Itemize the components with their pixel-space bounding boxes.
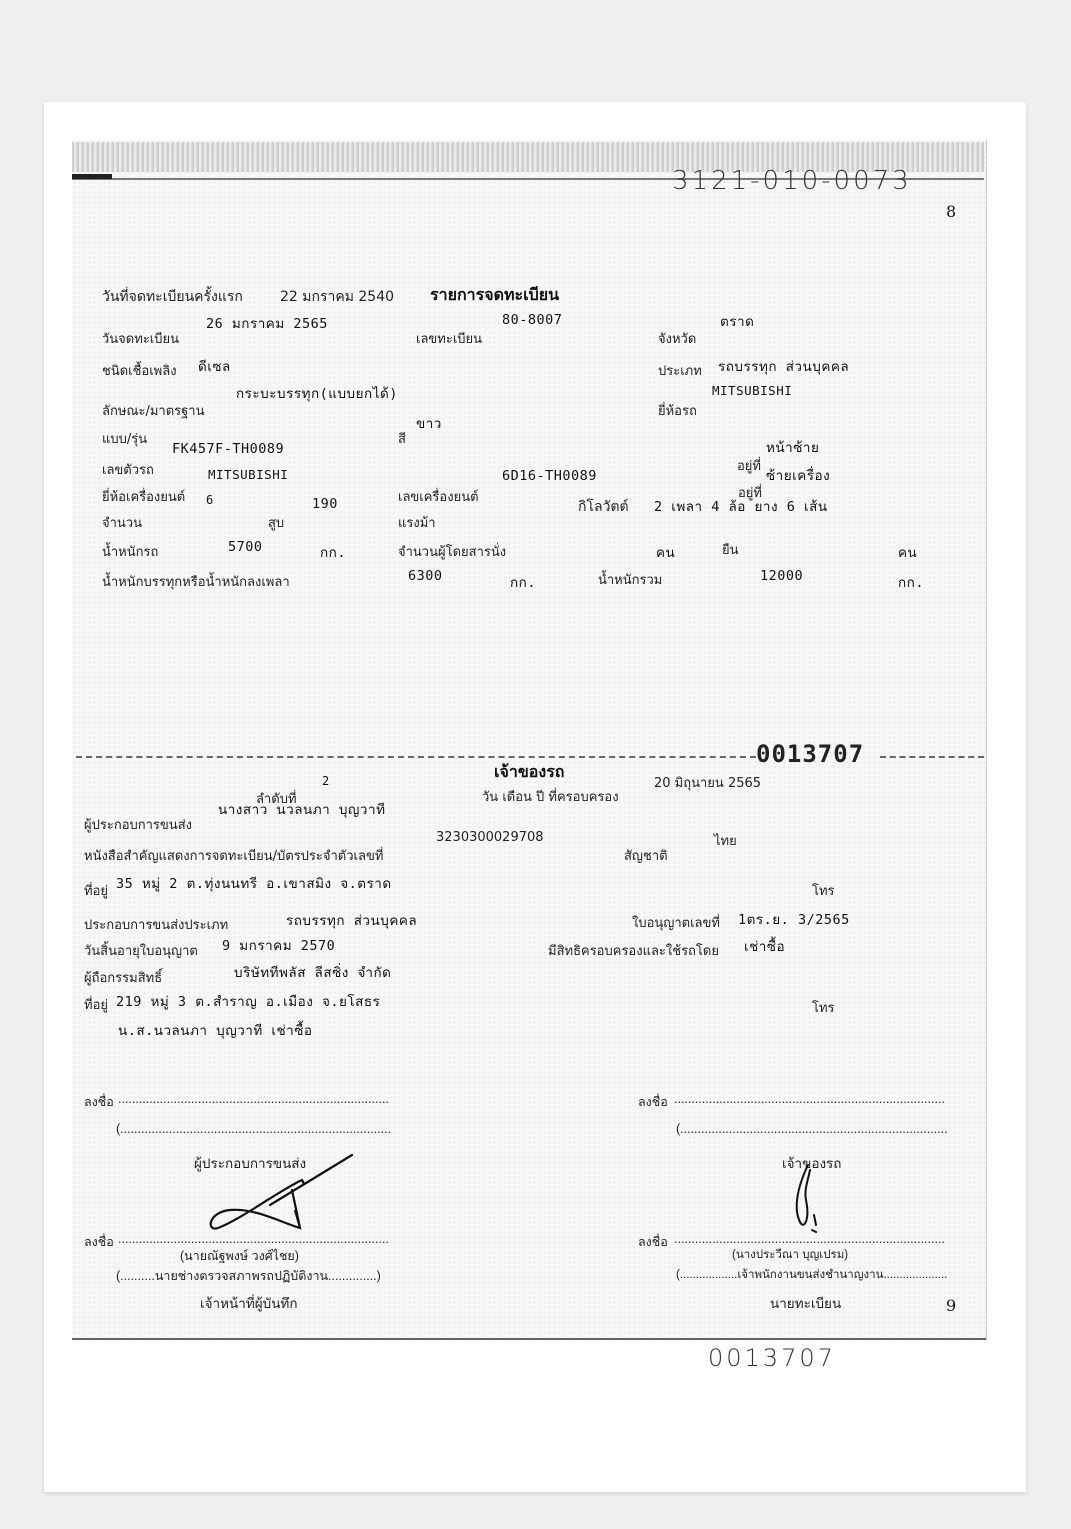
cylinders-value: 6 bbox=[206, 493, 214, 507]
brand-value: MITSUBISHI bbox=[712, 383, 792, 398]
engine-location-value: ซ้ายเครื่อง bbox=[766, 464, 830, 486]
business-type-value: รถบรรทุก ส่วนบุคคล bbox=[286, 909, 417, 931]
officer-signature bbox=[200, 1150, 360, 1240]
standing-label: ยืน bbox=[722, 539, 739, 560]
seated-passengers-label: จำนวนผู้โดยสารนั่ง bbox=[398, 541, 506, 562]
type-value: รถบรรทุก ส่วนบุคคล bbox=[718, 355, 849, 377]
gross-weight-value: 12000 bbox=[760, 568, 803, 584]
stamp-number: 0013707 bbox=[756, 740, 864, 768]
load-label: น้ำหนักบรรทุกหรือน้ำหนักลงเพลา bbox=[102, 571, 290, 592]
section-title-owner: เจ้าของรถ bbox=[494, 760, 564, 785]
first-registration-label: วันที่จดทะเบียนครั้งแรก bbox=[102, 286, 243, 308]
color-value: ขาว bbox=[416, 412, 442, 434]
weight-label: น้ำหนักรถ bbox=[102, 541, 158, 562]
bottom-rule bbox=[72, 1338, 986, 1340]
registrar-position: (..................เจ้าพนักงานขนส่งชำนาญ… bbox=[676, 1266, 948, 1284]
chassis-location-label: อยู่ที่ bbox=[737, 455, 761, 476]
page-number-top: 8 bbox=[946, 202, 956, 221]
operator-name: นางสาว นวลนภา บุญวาที bbox=[218, 798, 385, 820]
ownership-holder-value: บริษัททีพลัส ลีสซิ่ง จำกัด bbox=[234, 961, 391, 983]
officer-role: เจ้าหน้าที่ผู้บันทึก bbox=[200, 1292, 298, 1314]
address-label: ที่อยู่ bbox=[84, 880, 108, 901]
sign-line-owner: ........................................… bbox=[674, 1092, 946, 1106]
section-title-registration: รายการจดทะเบียน bbox=[430, 283, 559, 308]
engine-brand-label: ยี่ห้อเครื่องยนต์ bbox=[102, 486, 185, 507]
right-of-use-label: มีสิทธิครอบครองและใช้รถโดย bbox=[548, 940, 719, 961]
possession-date-label: วัน เดือน ปี ที่ครอบครอง bbox=[482, 786, 619, 807]
sign-line-officer: ........................................… bbox=[118, 1232, 390, 1246]
sign-label-registrar: ลงชื่อ bbox=[638, 1232, 668, 1252]
sign-label-owner: ลงชื่อ bbox=[638, 1092, 668, 1112]
officer-name: (นายณัฐพงษ์ วงศ์ไชย) bbox=[180, 1246, 299, 1266]
business-type-label: ประกอบการขนส่งประเภท bbox=[84, 914, 228, 935]
holder-phone-label: โทร bbox=[812, 997, 835, 1018]
phone-label: โทร bbox=[812, 880, 835, 901]
engine-number-value: 6D16-TH0089 bbox=[502, 468, 597, 484]
name-line-operator: (.......................................… bbox=[116, 1122, 392, 1136]
possession-date-value: 20 มิถุนายน 2565 bbox=[654, 772, 761, 793]
license-value: 1ตร.ย. 3/2565 bbox=[738, 908, 850, 930]
province-value: ตราด bbox=[720, 310, 754, 332]
nationality-value: ไทย bbox=[714, 830, 737, 851]
expiry-label: วันสิ้นอายุใบอนุญาต bbox=[84, 940, 198, 961]
engine-number-label: เลขเครื่องยนต์ bbox=[398, 486, 479, 507]
id-label: หนังสือสำคัญแสดงการจดทะเบียน/บัตรประจำตั… bbox=[84, 845, 383, 866]
registrar-name: (นางประวีณา บุญเปรม) bbox=[732, 1246, 848, 1264]
sign-label-operator: ลงชื่อ bbox=[84, 1092, 114, 1112]
right-of-use-value: เช่าซื้อ bbox=[744, 935, 785, 957]
holder-address-value: 219 หมู่ 3 ต.สำราญ อ.เมือง จ.ยโสธร bbox=[116, 990, 380, 1012]
color-label: สี bbox=[398, 428, 406, 449]
officer-position: (..........นายช่างตรวจสภาพรถปฏิบัติงาน..… bbox=[116, 1266, 396, 1286]
style-value: กระบะบรรทุก(แบบยกได้) bbox=[236, 382, 398, 404]
horsepower-value: 190 bbox=[312, 496, 338, 512]
count-label: จำนวน bbox=[102, 512, 142, 533]
gross-weight-label: น้ำหนักรวม bbox=[598, 569, 662, 590]
fuel-label: ชนิดเชื้อเพลิง bbox=[102, 360, 177, 381]
handwritten-file-number: 3121-010-0073 bbox=[672, 166, 912, 196]
load-unit: กก. bbox=[510, 571, 536, 593]
fuel-value: ดีเซล bbox=[198, 355, 231, 377]
standing-unit: คน bbox=[898, 541, 917, 563]
chassis-value: FK457F-TH0089 bbox=[172, 441, 284, 457]
chassis-location-value: หน้าซ้าย bbox=[766, 436, 819, 458]
style-label: ลักษณะ/มาตรฐาน bbox=[102, 400, 204, 421]
kilowatt-label: กิโลวัตต์ bbox=[578, 496, 629, 518]
model-label: แบบ/รุ่น bbox=[102, 428, 147, 449]
load-value: 6300 bbox=[408, 568, 443, 584]
province-label: จังหวัด bbox=[658, 328, 696, 349]
handwritten-bottom-number: 0013707 bbox=[708, 1344, 836, 1372]
reg-date-value: 26 มกราคม 2565 bbox=[206, 312, 328, 334]
id-number: 3230300029708 bbox=[436, 830, 544, 845]
weight-value: 5700 bbox=[228, 539, 263, 555]
plate-label: เลขทะเบียน bbox=[416, 328, 482, 349]
seated-passengers-unit: คน bbox=[656, 541, 675, 563]
reg-date-label: วันจดทะเบียน bbox=[102, 328, 179, 349]
weight-unit: กก. bbox=[320, 541, 346, 563]
expiry-value: 9 มกราคม 2570 bbox=[222, 934, 335, 956]
page-number-bottom: 9 bbox=[946, 1296, 956, 1315]
address-value: 35 หมู่ 2 ต.ทุ่งนนทรี อ.เขาสมิง จ.ตราด bbox=[116, 872, 392, 894]
sign-label-officer: ลงชื่อ bbox=[84, 1232, 114, 1252]
order-value: 2 bbox=[322, 774, 330, 788]
name-line-owner: (.......................................… bbox=[676, 1122, 948, 1136]
nationality-label: สัญชาติ bbox=[624, 845, 668, 866]
section-divider-end bbox=[880, 756, 984, 758]
sign-line-registrar: ........................................… bbox=[674, 1232, 946, 1246]
plate-value: 80-8007 bbox=[502, 312, 562, 328]
license-label: ใบอนุญาตเลขที่ bbox=[632, 912, 720, 933]
type-label: ประเภท bbox=[658, 360, 702, 381]
section-divider bbox=[76, 756, 756, 758]
chassis-label: เลขตัวรถ bbox=[102, 459, 154, 480]
registrar-role: นายทะเบียน bbox=[770, 1292, 841, 1314]
brand-label: ยี่ห้อรถ bbox=[658, 400, 697, 421]
top-rule-mark bbox=[72, 174, 112, 179]
sign-line-operator: ........................................… bbox=[118, 1092, 390, 1106]
ownership-holder-label: ผู้ถือกรรมสิทธิ์ bbox=[84, 967, 162, 988]
horsepower-label: แรงม้า bbox=[398, 512, 436, 533]
registrar-signature bbox=[786, 1160, 826, 1240]
owner-note: น.ส.นวลนภา บุญวาที เช่าซื้อ bbox=[118, 1019, 313, 1041]
holder-address-label: ที่อยู่ bbox=[84, 994, 108, 1015]
operator-label: ผู้ประกอบการขนส่ง bbox=[84, 814, 192, 835]
axles-tires-value: 2 เพลา 4 ล้อ ยาง 6 เส้น bbox=[654, 495, 828, 517]
first-registration-date: 22 มกราคม 2540 bbox=[280, 286, 394, 308]
engine-brand-value: MITSUBISHI bbox=[208, 467, 288, 482]
gross-weight-unit: กก. bbox=[898, 571, 924, 593]
cylinders-unit: สูบ bbox=[268, 512, 284, 533]
